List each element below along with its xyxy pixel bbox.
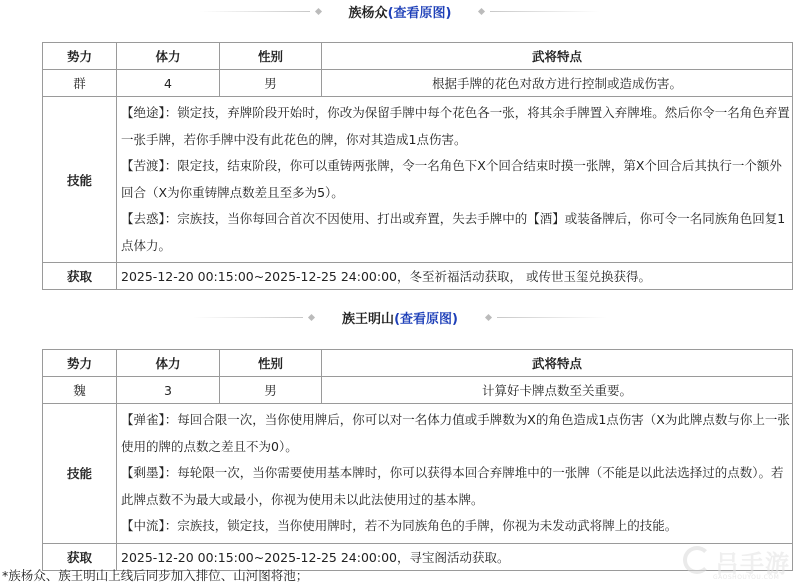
hp-value: 4 bbox=[117, 70, 220, 97]
diamond-icon bbox=[315, 7, 322, 14]
watermark-logo: 吕手游 GAOSHOUYOU.COM bbox=[683, 544, 798, 582]
header-gender: 性别 bbox=[220, 350, 322, 377]
obtain-value: 2025-12-20 00:15:00~2025-12-25 24:00:00，… bbox=[117, 263, 793, 290]
skill-item: 【绝途】：锁定技，弃牌阶段开始时，你改为保留手牌中每个花色各一张，将其余手牌置入… bbox=[121, 100, 790, 153]
skills-row: 技能 【弹雀】：每回合限一次，当你使用牌后，你可以对一名体力值或手牌数为X的角色… bbox=[43, 404, 793, 544]
hero-title: 族王明山(查看原图) bbox=[342, 308, 458, 327]
divider-line bbox=[200, 11, 310, 12]
hero-name: 族王明山 bbox=[342, 312, 394, 327]
header-feature: 武将特点 bbox=[322, 43, 793, 70]
skill-item: 【苦渡】：限定技，结束阶段，你可以重铸两张牌，令一名角色下X个回合结束时摸一张牌… bbox=[121, 153, 790, 206]
divider-line bbox=[497, 317, 607, 318]
gender-value: 男 bbox=[220, 377, 322, 404]
diamond-icon bbox=[485, 313, 492, 320]
logo-g-icon bbox=[683, 546, 711, 574]
hero-title-bar: 族王明山(查看原图) bbox=[0, 306, 800, 328]
skills-cell: 【弹雀】：每回合限一次，当你使用牌后，你可以对一名体力值或手牌数为X的角色造成1… bbox=[117, 404, 793, 544]
skills-label: 技能 bbox=[43, 97, 117, 263]
view-original-link[interactable]: (查看原图) bbox=[394, 312, 458, 327]
watermark-subtext: GAOSHOUYOU.COM bbox=[713, 574, 779, 581]
table-row: 魏 3 男 计算好卡牌点数至关重要。 bbox=[43, 377, 793, 404]
divider-line bbox=[193, 317, 303, 318]
feature-value: 计算好卡牌点数至关重要。 bbox=[322, 377, 793, 404]
hero-title: 族杨众(查看原图) bbox=[349, 2, 452, 21]
diamond-icon bbox=[308, 313, 315, 320]
header-faction: 势力 bbox=[43, 350, 117, 377]
header-hp: 体力 bbox=[117, 350, 220, 377]
skill-item: 【中流】：宗族技，锁定技，当你使用牌时，若不为同族角色的手牌，你视为未发动武将牌… bbox=[121, 513, 790, 540]
skill-item: 【剩墨】：每轮限一次，当你需要使用基本牌时，你可以获得本回合弃牌堆中的一张牌（不… bbox=[121, 460, 790, 513]
hero-name: 族杨众 bbox=[349, 6, 388, 21]
obtain-label: 获取 bbox=[43, 263, 117, 290]
header-faction: 势力 bbox=[43, 43, 117, 70]
view-original-link[interactable]: (查看原图) bbox=[388, 6, 452, 21]
header-hp: 体力 bbox=[117, 43, 220, 70]
skill-item: 【去惑】：宗族技，当你每回合首次不因使用、打出或弃置，失去手牌中的【酒】或装备牌… bbox=[121, 206, 790, 259]
skills-cell: 【绝途】：锁定技，弃牌阶段开始时，你改为保留手牌中每个花色各一张，将其余手牌置入… bbox=[117, 97, 793, 263]
header-gender: 性别 bbox=[220, 43, 322, 70]
diamond-icon bbox=[478, 7, 485, 14]
divider-line bbox=[490, 11, 600, 12]
header-feature: 武将特点 bbox=[322, 350, 793, 377]
hero-title-bar: 族杨众(查看原图) bbox=[0, 0, 800, 22]
gender-value: 男 bbox=[220, 70, 322, 97]
skills-label: 技能 bbox=[43, 404, 117, 544]
table-header-row: 势力 体力 性别 武将特点 bbox=[43, 43, 793, 70]
faction-value: 群 bbox=[43, 70, 117, 97]
hero-table: 势力 体力 性别 武将特点 魏 3 男 计算好卡牌点数至关重要。 技能 【弹雀】… bbox=[42, 349, 793, 571]
skills-row: 技能 【绝途】：锁定技，弃牌阶段开始时，你改为保留手牌中每个花色各一张，将其余手… bbox=[43, 97, 793, 263]
obtain-row: 获取 2025-12-20 00:15:00~2025-12-25 24:00:… bbox=[43, 263, 793, 290]
footnote: *族杨众、族王明山上线后同步加入排位、山河图将池； bbox=[2, 566, 308, 584]
skill-item: 【弹雀】：每回合限一次，当你使用牌后，你可以对一名体力值或手牌数为X的角色造成1… bbox=[121, 407, 790, 460]
faction-value: 魏 bbox=[43, 377, 117, 404]
hp-value: 3 bbox=[117, 377, 220, 404]
table-row: 群 4 男 根据手牌的花色对敌方进行控制或造成伤害。 bbox=[43, 70, 793, 97]
feature-value: 根据手牌的花色对敌方进行控制或造成伤害。 bbox=[322, 70, 793, 97]
table-header-row: 势力 体力 性别 武将特点 bbox=[43, 350, 793, 377]
hero-table: 势力 体力 性别 武将特点 群 4 男 根据手牌的花色对敌方进行控制或造成伤害。… bbox=[42, 42, 793, 290]
